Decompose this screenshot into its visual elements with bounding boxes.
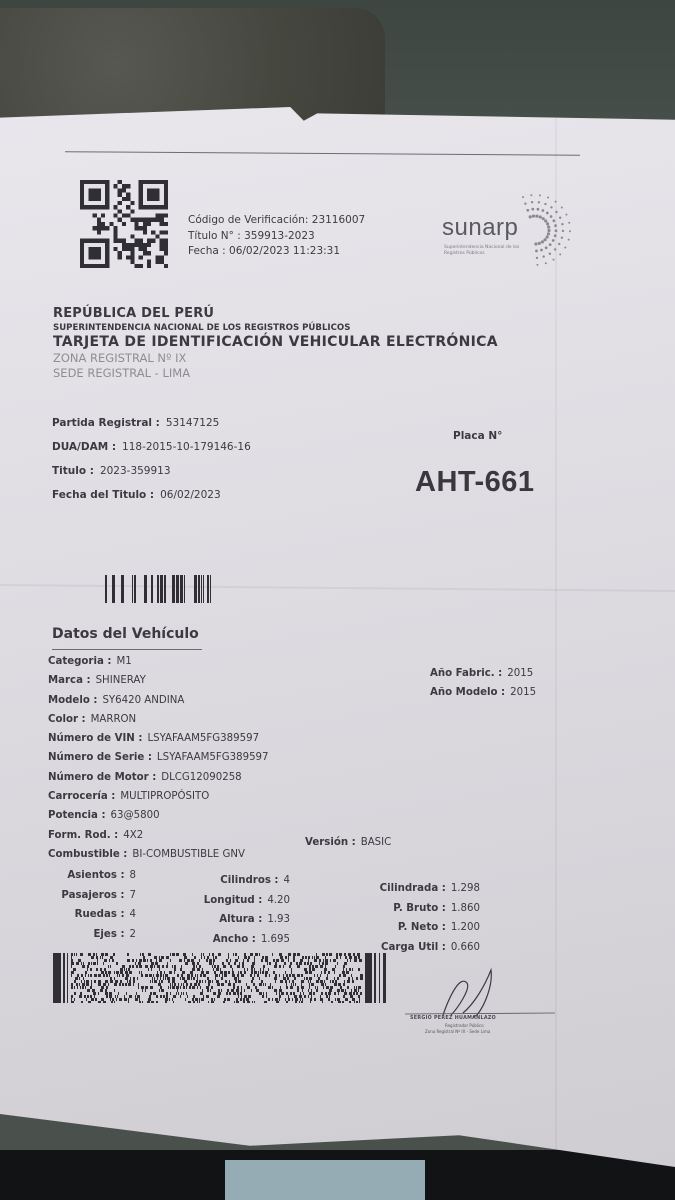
field-row: Titulo :2023-359913 — [52, 465, 251, 489]
spec-row: Cilindrada :1.298 — [360, 883, 480, 903]
logo-tagline: Superintendencia Nacional de los Registr… — [444, 245, 524, 257]
photo-background-bottom — [0, 1150, 675, 1200]
field-row: Número de Serie :LSYAFAAM5FG389597 — [48, 752, 269, 771]
field-row: Modelo :SY6420 ANDINA — [48, 695, 269, 714]
registry-zone: ZONA REGISTRAL Nº IX — [53, 351, 498, 365]
spec-row: P. Neto :1.200 — [360, 922, 480, 942]
field-row: Form. Rod. :4X2 — [48, 830, 269, 849]
title-number: Título N° : 359913-2023 — [188, 229, 365, 245]
logo-wordmark: sunarp — [442, 214, 518, 242]
plate-number: AHT-661 — [415, 466, 535, 499]
spec-row: Cilindros :4 — [180, 875, 290, 895]
registrar-signature: SERGIO PEREZ HUAMANLAZO Registrador Públ… — [405, 965, 565, 1040]
field-row: Número de Motor :DLCG12090258 — [48, 772, 269, 791]
specs-column-1: Asientos :8Pasajeros :7Ruedas :4Ejes :2 — [40, 870, 136, 948]
registration-info: Partida Registral :53147125 DUA/DAM :118… — [52, 417, 251, 513]
vehicle-fields: Categoria :M1Marca :SHINERAYModelo :SY64… — [48, 656, 269, 868]
field-row: Número de VIN :LSYAFAAM5FG389597 — [48, 733, 269, 752]
registry-office: SEDE REGISTRAL - LIMA — [53, 366, 498, 380]
field-row: Combustible :BI-COMBUSTIBLE GNV — [48, 849, 269, 868]
field-row: Color :MARRON — [48, 714, 269, 733]
year-fields: Año Fabric. :2015 Año Modelo :2015 — [430, 668, 536, 706]
issue-date: Fecha : 06/02/2023 11:23:31 — [188, 244, 365, 260]
cloth-background — [225, 1160, 425, 1200]
specs-column-2: Cilindros :4Longitud :4.20Altura :1.93An… — [180, 875, 290, 953]
spec-row: P. Bruto :1.860 — [360, 903, 480, 923]
agency-name: SUPERINTENDENCIA NACIONAL DE LOS REGISTR… — [53, 323, 498, 333]
plate-label: Placa N° — [453, 430, 502, 442]
spec-row: Ancho :1.695 — [180, 934, 290, 954]
field-row: Partida Registral :53147125 — [52, 417, 251, 441]
sunarp-logo: sunarp Superintendencia Nacional de los … — [440, 188, 590, 268]
spec-row: Longitud :4.20 — [180, 895, 290, 915]
registrar-name: SERGIO PEREZ HUAMANLAZO — [410, 1016, 496, 1021]
field-row: Año Fabric. :2015 — [430, 668, 536, 687]
spec-row: Altura :1.93 — [180, 914, 290, 934]
qr-code-icon — [80, 180, 168, 268]
verification-block: Código de Verificación: 23116007 Título … — [188, 213, 365, 260]
vehicle-section-title: Datos del Vehículo — [52, 626, 199, 642]
field-row: Potencia :63@5800 — [48, 810, 269, 829]
specs-column-3: Cilindrada :1.298P. Bruto :1.860P. Neto … — [360, 883, 480, 961]
spec-row: Asientos :8 — [40, 870, 136, 890]
document-heading: REPÚBLICA DEL PERÚ SUPERINTENDENCIA NACI… — [53, 306, 498, 380]
version-field: Versión :BASIC — [305, 837, 391, 848]
spec-row: Ejes :2 — [40, 929, 136, 949]
registrar-role: Registrador Público — [445, 1023, 484, 1028]
field-row: Fecha del Titulo :06/02/2023 — [52, 489, 251, 513]
document-title: TARJETA DE IDENTIFICACIÓN VEHICULAR ELEC… — [53, 334, 498, 350]
country-name: REPÚBLICA DEL PERÚ — [53, 306, 498, 321]
spec-row: Pasajeros :7 — [40, 890, 136, 910]
field-row: Categoria :M1 — [48, 656, 269, 675]
section-rule — [52, 649, 202, 650]
barcode-icon — [102, 575, 214, 603]
field-row: Carrocería :MULTIPROPÓSITO — [48, 791, 269, 810]
pdf417-barcode-icon — [53, 953, 388, 1003]
field-row: DUA/DAM :118-2015-10-179146-16 — [52, 441, 251, 465]
spec-row: Ruedas :4 — [40, 909, 136, 929]
field-row: Marca :SHINERAY — [48, 675, 269, 694]
registrar-zone: Zona Registral Nº IX - Sede Lima — [425, 1029, 490, 1034]
field-row: Año Modelo :2015 — [430, 687, 536, 706]
verification-code: Código de Verificación: 23116007 — [188, 213, 365, 229]
